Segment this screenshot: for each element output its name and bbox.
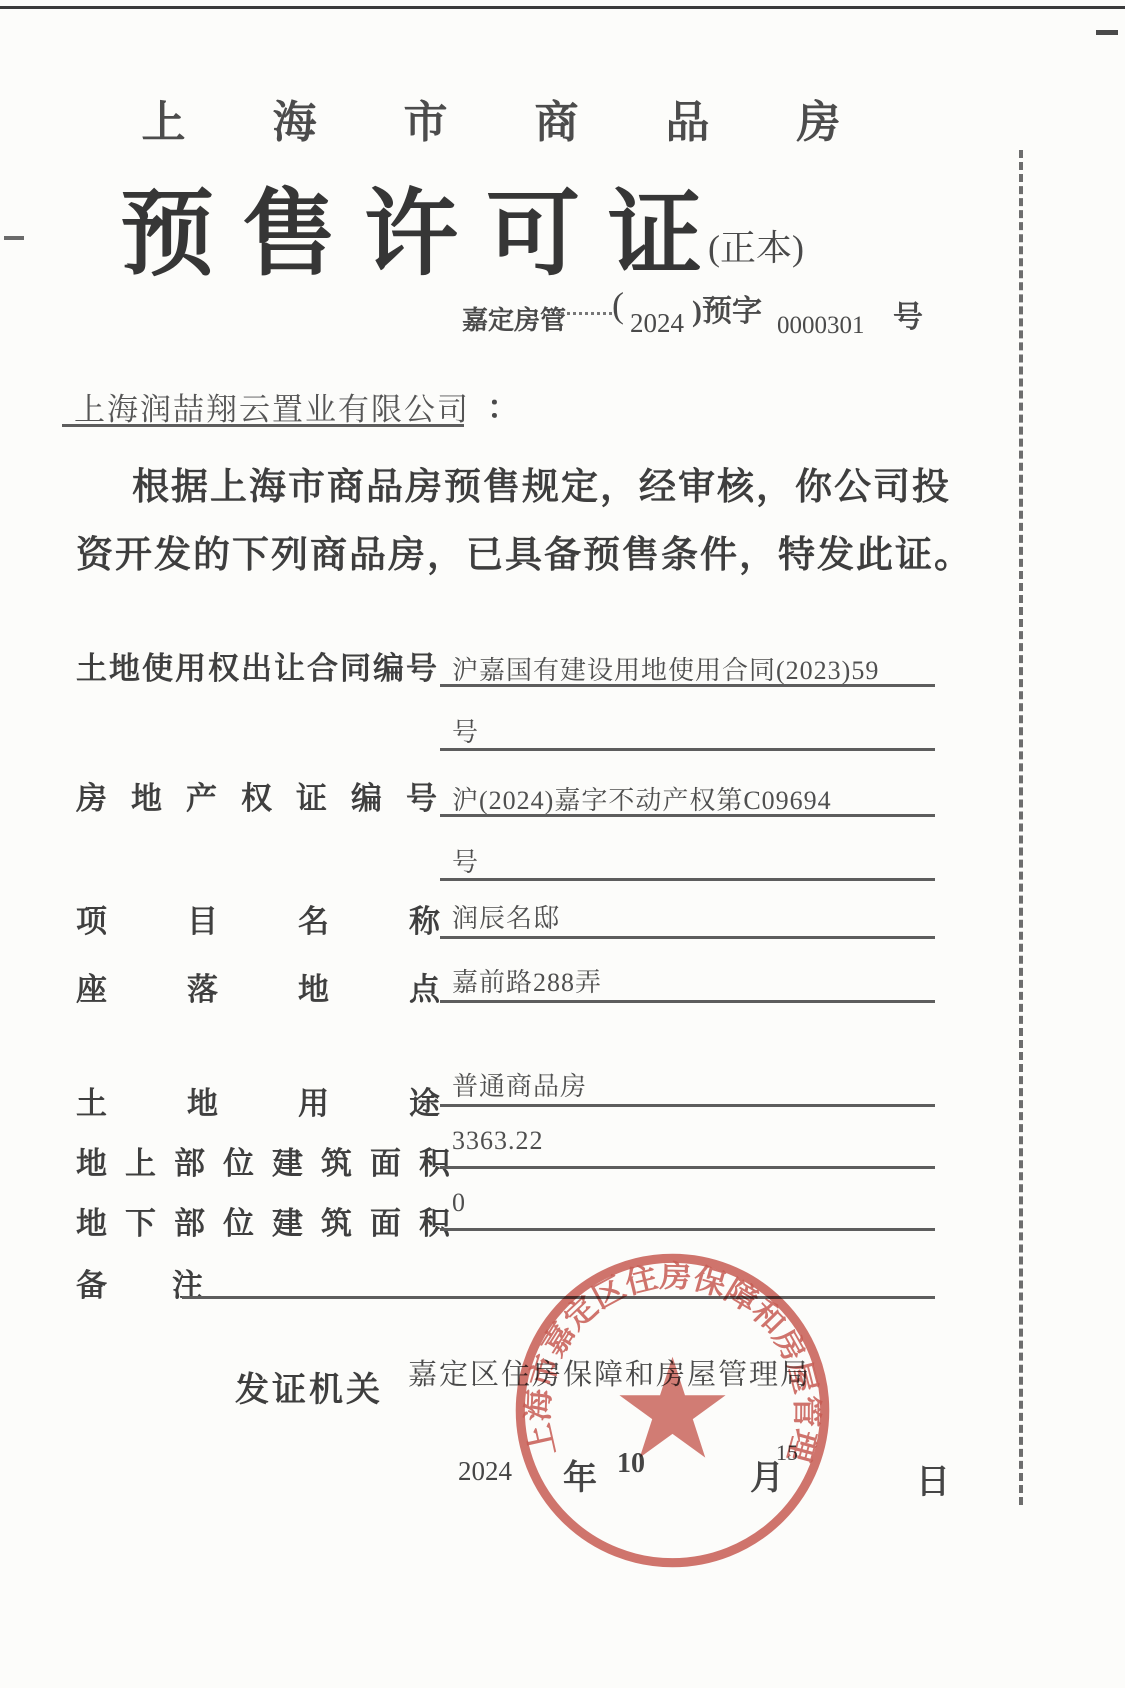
field-underline [440,1104,935,1107]
fold-dashed-line [1019,150,1023,1505]
field-underline [440,684,935,687]
copy-type-label: (正本) [708,228,804,268]
field-label-below-ground-area: 地下部位建筑面积 [76,1198,468,1243]
field-label-above-ground-area: 地上部位建筑面积 [76,1138,468,1183]
issuer-label: 发证机关 [235,1362,383,1411]
field-underline [440,748,935,751]
field-value-property-cert: 沪(2024)嘉字不动产权第C09694 [452,780,832,817]
field-value-land-use: 普通商品房 [452,1066,587,1103]
document-main-title: 预售许可证 [120,183,730,287]
field-value-below-ground-area: 0 [452,1188,466,1218]
serial-year: 2024 [630,308,684,339]
field-value-land-contract: 沪嘉国有建设用地使用合同(2023)59 [452,650,879,687]
body-text-line1: 根据上海市商品房预售规定，经审核，你公司投 [76,456,1012,510]
field-underline [440,1166,935,1169]
official-seal: 上海市嘉定区住房保障和房屋管理局 [500,1238,845,1583]
scan-edge-artifact-top [0,6,1125,9]
field-value-above-ground-area: 3363.22 [452,1126,544,1156]
addressee-company-name: 上海润喆翔云置业有限公司 [74,384,470,429]
scan-edge-artifact-corner [1096,30,1118,35]
document-main-title-row: 预售许可证(正本) [120,158,826,293]
field-underline [440,1228,935,1231]
serial-number: 0000301 [777,312,865,340]
field-value-project-name: 润辰名邸 [452,898,560,935]
serial-paren-open: ( [612,284,624,326]
serial-dotted-leader [556,294,612,315]
document-category-title: 上 海 市 商 品 房 [0,86,1020,150]
addressee-colon: ： [487,382,519,428]
body-text-line2: 资开发的下列商品房，已具备预售条件，特发此证。 [76,524,976,578]
serial-authority: 嘉定房管 [462,300,566,337]
scan-edge-artifact-left [4,236,24,240]
permit-serial-line: 嘉定房管 ( 2024 )预字 0000301 号 [0,284,1125,344]
field-underline [440,878,935,881]
seal-star [619,1357,725,1458]
addressee-underline [62,424,464,427]
field-underline [440,1000,935,1003]
presale-permit-document: 上 海 市 商 品 房 预售许可证(正本) 嘉定房管 ( 2024 )预字 00… [0,0,1125,1688]
field-label-property-cert: 房地产权证编号 [76,773,461,818]
field-underline [440,814,935,817]
field-cont-property-cert: 号 [452,842,479,879]
field-underline [440,936,935,939]
issue-day-unit: 日 [916,1454,950,1503]
field-value-location: 嘉前路288弄 [452,962,602,999]
field-cont-land-contract: 号 [452,712,479,749]
field-label-land-contract: 土地使用权出让合同编号 [76,643,439,688]
serial-prefix-label: )预字 [692,286,762,330]
serial-unit: 号 [893,292,923,336]
